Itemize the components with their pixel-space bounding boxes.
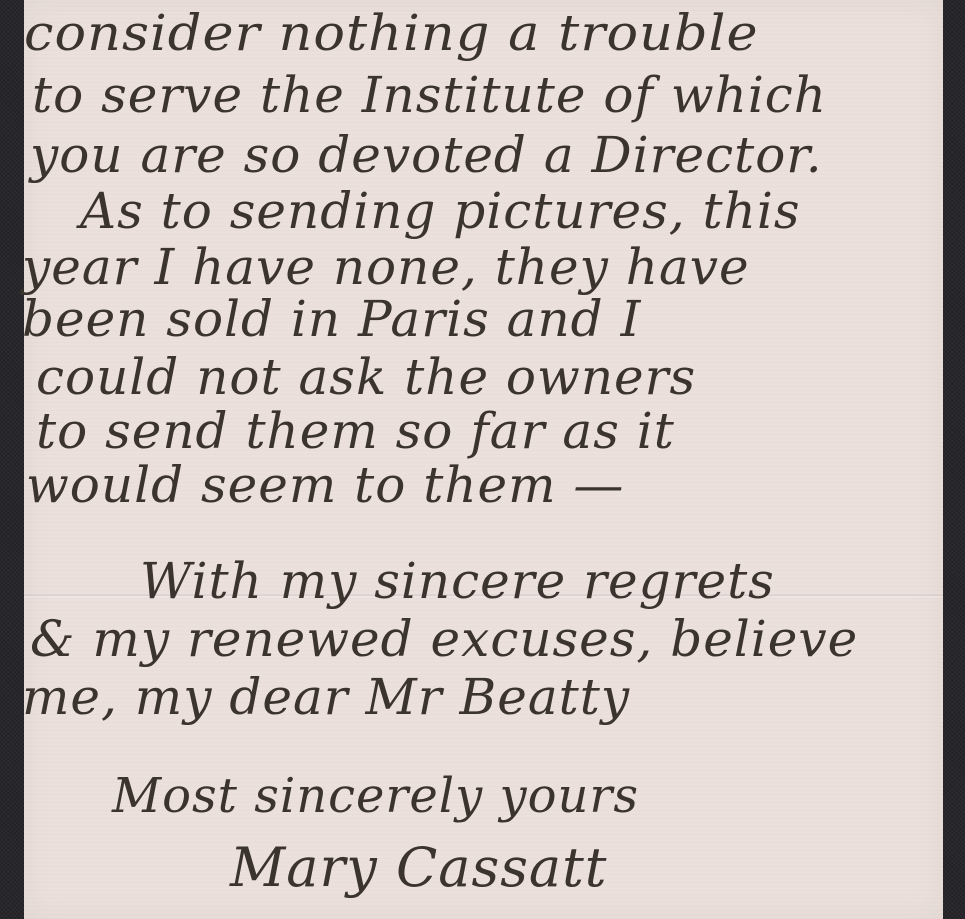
letter-line-10: With my sincere regrets (140, 552, 775, 610)
letter-line-1: consider nothing a trouble (24, 4, 759, 62)
letter-line-2: to serve the Institute of which (32, 66, 827, 124)
letter-line-9: would seem to them — (26, 456, 624, 514)
letter-line-11: & my renewed excuses, believe (30, 610, 858, 668)
letter-line-6: been sold in Paris and I (22, 290, 641, 348)
letter-line-5: year I have none, they have (22, 238, 750, 296)
letter-line-4: As to sending pictures, this (80, 182, 800, 240)
letter-line-8: to send them so far as it (36, 402, 675, 460)
letter-closing: Most sincerely yours (112, 768, 639, 824)
letter-line-3: you are so devoted a Director. (30, 126, 823, 184)
letter-line-12: me, my dear Mr Beatty (22, 668, 630, 726)
letter-signature: Mary Cassatt (230, 836, 608, 899)
letter-line-7: could not ask the owners (36, 348, 696, 406)
